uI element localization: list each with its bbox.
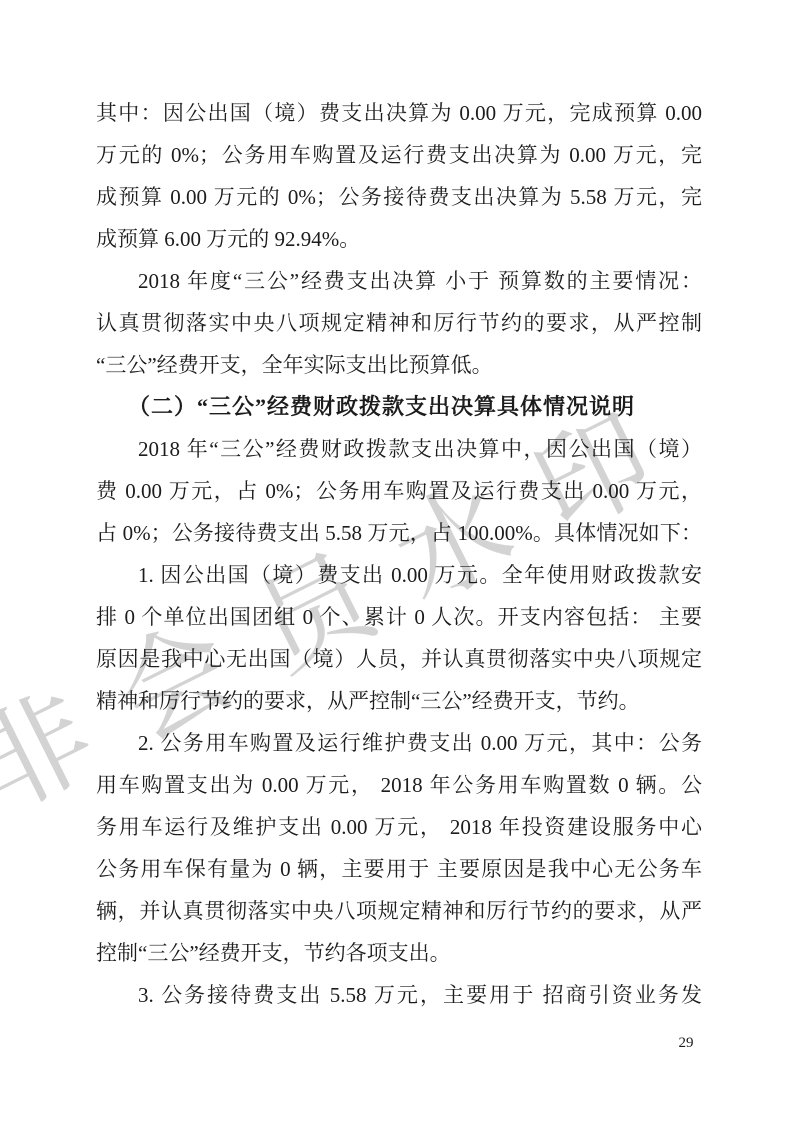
paragraph-item-3: 3. 公务接待费支出 5.58 万元，主要用于 招商引资业务发 [96,974,702,1016]
paragraph-item-1: 1. 因公出国（境）费支出 0.00 万元。全年使用财政拨款安 排 0 个单位出… [96,554,702,722]
text-line: 辆，并认真贯彻落实中央八项规定精神和厉行节约的要求，从严 [96,890,702,932]
text-line: 控制“三公”经费开支，节约各项支出。 [96,932,702,974]
text-line: 精神和厉行节约的要求，从严控制“三公”经费开支，节约。 [96,680,702,722]
text-line: 费 0.00 万元，占 0%；公务用车购置及运行费支出 0.00 万元， [96,470,702,512]
text-line: 3. 公务接待费支出 5.58 万元，主要用于 招商引资业务发 [96,974,702,1016]
text-line: 2. 公务用车购置及运行维护费支出 0.00 万元，其中：公务 [96,722,702,764]
text-line: 成预算 6.00 万元的 92.94%。 [96,218,702,260]
text-line: 1. 因公出国（境）费支出 0.00 万元。全年使用财政拨款安 [96,554,702,596]
text-line: 占 0%；公务接待费支出 5.58 万元，占 100.00%。具体情况如下： [96,512,702,554]
document-body: 其中：因公出国（境）费支出决算为 0.00 万元，完成预算 0.00 万元的 0… [96,92,702,1016]
text-line: 其中：因公出国（境）费支出决算为 0.00 万元，完成预算 0.00 [96,92,702,134]
paragraph-summary: 2018 年度“三公”经费支出决算 小于 预算数的主要情况： 认真贯彻落实中央八… [96,260,702,386]
text-line: 认真贯彻落实中央八项规定精神和厉行节约的要求，从严控制 [96,302,702,344]
text-line: 用车购置支出为 0.00 万元， 2018 年公务用车购置数 0 辆。公 [96,764,702,806]
text-line: “三公”经费开支，全年实际支出比预算低。 [96,344,702,386]
paragraph-continuation: 其中：因公出国（境）费支出决算为 0.00 万元，完成预算 0.00 万元的 0… [96,92,702,260]
text-line: 原因是我中心无出国（境）人员，并认真贯彻落实中央八项规定 [96,638,702,680]
text-line: 务用车运行及维护支出 0.00 万元， 2018 年投资建设服务中心 [96,806,702,848]
page-number: 29 [668,1032,704,1054]
paragraph-overview: 2018 年“三公”经费财政拨款支出决算中，因公出国（境） 费 0.00 万元，… [96,428,702,554]
section-heading: （二）“三公”经费财政拨款支出决算具体情况说明 [96,386,702,428]
text-line: 成预算 0.00 万元的 0%；公务接待费支出决算为 5.58 万元，完 [96,176,702,218]
text-line: 2018 年“三公”经费财政拨款支出决算中，因公出国（境） [96,428,702,470]
document-page: 非会员水印 其中：因公出国（境）费支出决算为 0.00 万元，完成预算 0.00… [0,0,793,1122]
paragraph-item-2: 2. 公务用车购置及运行维护费支出 0.00 万元，其中：公务 用车购置支出为 … [96,722,702,974]
text-line: 2018 年度“三公”经费支出决算 小于 预算数的主要情况： [96,260,702,302]
text-line: 公务用车保有量为 0 辆，主要用于 主要原因是我中心无公务车 [96,848,702,890]
text-line: 万元的 0%；公务用车购置及运行费支出决算为 0.00 万元，完 [96,134,702,176]
text-line: 排 0 个单位出国团组 0 个、累计 0 人次。开支内容包括： 主要 [96,596,702,638]
